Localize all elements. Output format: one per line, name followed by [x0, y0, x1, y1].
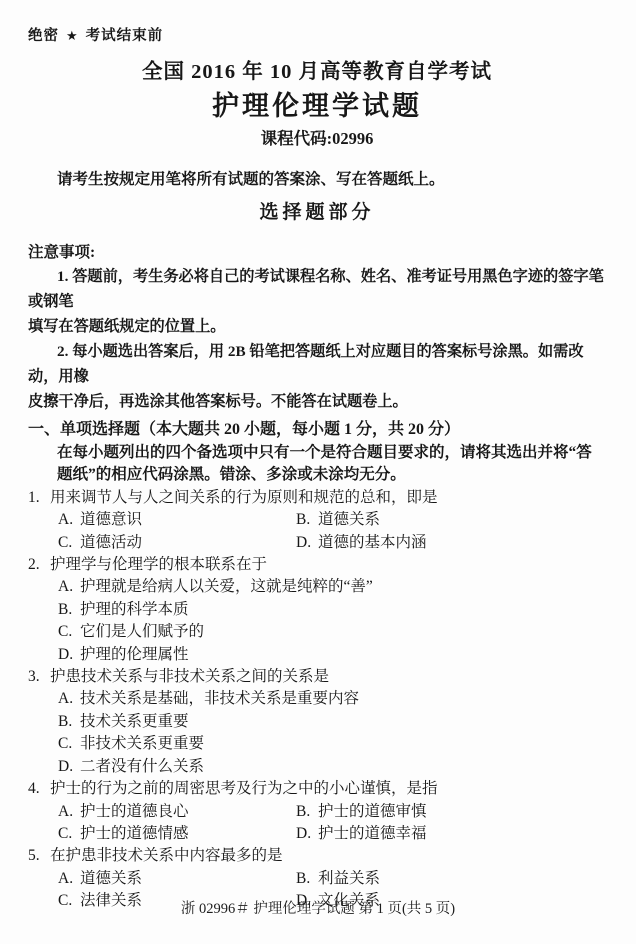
- question-text: 护士的行为之前的周密思考及行为之中的小心谨慎，是指: [50, 778, 606, 800]
- option-3C: C. 非技术关系更重要: [58, 733, 606, 755]
- option-label: A.: [58, 801, 80, 823]
- option-label: B.: [58, 599, 80, 621]
- option-text: 技术关系更重要: [80, 711, 189, 733]
- option-1B: B. 道德关系: [296, 509, 606, 531]
- option-label: D.: [58, 644, 80, 666]
- option-text: 道德意识: [80, 509, 142, 531]
- option-5A: A. 道德关系: [58, 868, 296, 890]
- security-note: 考试结束前: [86, 28, 164, 44]
- option-text: 非技术关系更重要: [80, 733, 204, 755]
- option-4C: C. 护士的道德情感: [58, 823, 296, 845]
- option-1D: D. 道德的基本内涵: [296, 532, 606, 554]
- notice-line-2-cont: 皮擦干净后，再选涂其他答案标号。不能答在试题卷上。: [28, 389, 606, 414]
- option-label: B.: [296, 801, 318, 823]
- option-text: 它们是人们赋予的: [80, 621, 204, 643]
- option-label: A.: [58, 509, 80, 531]
- option-1C: C. 道德活动: [58, 532, 296, 554]
- part1-instruction-line-1: 在每小题列出的四个备选项中只有一个是符合题目要求的，请将其选出并将“答: [28, 442, 606, 464]
- question-4: 4. 护士的行为之前的周密思考及行为之中的小心谨慎，是指 A. 护士的道德良心 …: [28, 778, 606, 845]
- option-label: D.: [58, 756, 80, 778]
- option-label: D.: [296, 532, 318, 554]
- option-label: A.: [58, 688, 80, 710]
- option-text: 护理的伦理属性: [80, 644, 189, 666]
- question-2: 2. 护理学与伦理学的根本联系在于 A. 护理就是给病人以关爱，这就是纯粹的“善…: [28, 554, 606, 666]
- question-number: 4.: [28, 778, 50, 800]
- notice-line-2: 2. 每小题选出答案后，用 2B 铅笔把答题纸上对应题目的答案标号涂黑。如需改动…: [28, 339, 606, 389]
- option-3D: D. 二者没有什么关系: [58, 756, 606, 778]
- question-text: 护患技术关系与非技术关系之间的关系是: [50, 666, 606, 688]
- question-3: 3. 护患技术关系与非技术关系之间的关系是 A. 技术关系是基础，非技术关系是重…: [28, 666, 606, 778]
- answer-instruction: 请考生按规定用笔将所有试题的答案涂、写在答题纸上。: [28, 169, 606, 191]
- option-text: 护士的道德情感: [80, 823, 189, 845]
- option-3A: A. 技术关系是基础，非技术关系是重要内容: [58, 688, 606, 710]
- course-code: 课程代码:02996: [28, 128, 606, 150]
- option-2C: C. 它们是人们赋予的: [58, 621, 606, 643]
- section-heading: 选择题部分: [28, 199, 606, 226]
- notice-line-1-cont: 填写在答题纸规定的位置上。: [28, 314, 606, 339]
- option-text: 利益关系: [318, 868, 380, 890]
- question-text: 用来调节人与人之间关系的行为原则和规范的总和，即是: [50, 487, 606, 509]
- question-text: 在护患非技术关系中内容最多的是: [50, 845, 606, 867]
- option-2A: A. 护理就是给病人以关爱，这就是纯粹的“善”: [58, 576, 606, 598]
- option-label: C.: [58, 532, 80, 554]
- option-text: 护士的道德审慎: [318, 801, 427, 823]
- exam-paper-page: 绝密★考试结束前 全国 2016 年 10 月高等教育自学考试 护理伦理学试题 …: [0, 0, 636, 944]
- option-4A: A. 护士的道德良心: [58, 801, 296, 823]
- option-4B: B. 护士的道德审慎: [296, 801, 606, 823]
- option-text: 护理就是给病人以关爱，这就是纯粹的“善”: [80, 576, 373, 598]
- option-text: 道德的基本内涵: [318, 532, 427, 554]
- option-text: 道德关系: [318, 509, 380, 531]
- option-1A: A. 道德意识: [58, 509, 296, 531]
- star-icon: ★: [66, 28, 79, 43]
- question-number: 2.: [28, 554, 50, 576]
- option-label: A.: [58, 868, 80, 890]
- exam-title: 全国 2016 年 10 月高等教育自学考试: [28, 59, 606, 85]
- option-text: 道德活动: [80, 532, 142, 554]
- notice-line-1: 1. 答题前，考生务必将自己的考试课程名称、姓名、准考证号用黑色字迹的签字笔或钢…: [28, 264, 606, 314]
- option-text: 技术关系是基础，非技术关系是重要内容: [80, 688, 359, 710]
- part1-instruction-line-2: 题纸”的相应代码涂黑。错涂、多涂或未涂均无分。: [28, 464, 606, 486]
- option-text: 护士的道德幸福: [318, 823, 427, 845]
- option-2B: B. 护理的科学本质: [58, 599, 606, 621]
- option-label: B.: [296, 868, 318, 890]
- security-classification: 绝密: [28, 28, 59, 44]
- option-text: 护士的道德良心: [80, 801, 189, 823]
- option-label: C.: [58, 621, 80, 643]
- notice-heading: 注意事项:: [28, 242, 606, 264]
- option-label: B.: [58, 711, 80, 733]
- option-3B: B. 技术关系更重要: [58, 711, 606, 733]
- option-label: C.: [58, 823, 80, 845]
- question-number: 3.: [28, 666, 50, 688]
- option-label: D.: [296, 823, 318, 845]
- question-number: 5.: [28, 845, 50, 867]
- option-label: C.: [58, 733, 80, 755]
- paper-title: 护理伦理学试题: [28, 88, 606, 124]
- option-4D: D. 护士的道德幸福: [296, 823, 606, 845]
- security-line: 绝密★考试结束前: [28, 27, 606, 45]
- option-text: 护理的科学本质: [80, 599, 189, 621]
- page-footer: 浙 02996＃ 护理伦理学试题 第 1 页(共 5 页): [0, 899, 636, 919]
- part1-heading: 一、单项选择题（本大题共 20 小题，每小题 1 分，共 20 分）: [28, 417, 606, 442]
- question-number: 1.: [28, 487, 50, 509]
- option-text: 二者没有什么关系: [80, 756, 204, 778]
- option-label: A.: [58, 576, 80, 598]
- question-1: 1. 用来调节人与人之间关系的行为原则和规范的总和，即是 A. 道德意识 B. …: [28, 487, 606, 554]
- option-2D: D. 护理的伦理属性: [58, 644, 606, 666]
- option-5B: B. 利益关系: [296, 868, 606, 890]
- option-text: 道德关系: [80, 868, 142, 890]
- option-label: B.: [296, 509, 318, 531]
- question-text: 护理学与伦理学的根本联系在于: [50, 554, 606, 576]
